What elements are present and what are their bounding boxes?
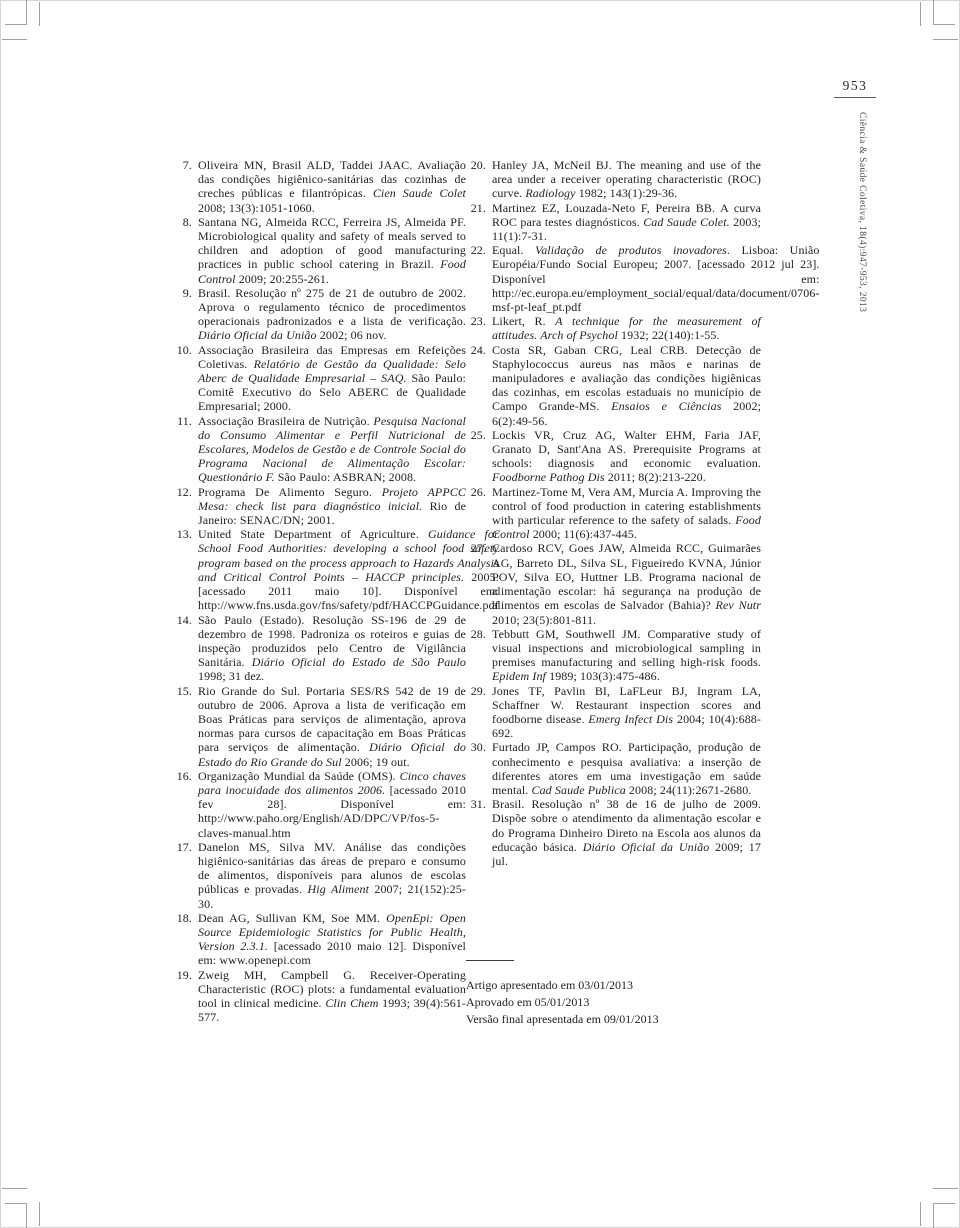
page-number-rule	[834, 97, 876, 98]
crop-mark	[920, 1202, 921, 1226]
reference-italic-segment: Foodborne Pathog Dis	[492, 470, 605, 484]
reference-item: 23.Likert, R. A technique for the measur…	[465, 314, 761, 342]
reference-plain-segment: 1932; 22(140):1-55.	[618, 328, 720, 342]
reference-item: 28.Tebbutt GM, Southwell JM. Comparative…	[465, 627, 761, 684]
reference-plain-segment: Likert, R.	[492, 314, 555, 328]
reference-plain-segment: 1998; 31 dez.	[198, 669, 264, 683]
reference-number: 21.	[465, 201, 492, 244]
reference-number: 10.	[171, 343, 198, 414]
reference-number: 19.	[171, 968, 198, 1025]
reference-text: Zweig MH, Campbell G. Receiver-Operating…	[198, 968, 466, 1025]
reference-item: 9.Brasil. Resolução nº 275 de 21 de outu…	[171, 286, 466, 343]
reference-number: 30.	[465, 740, 492, 797]
crop-mark	[933, 0, 934, 24]
reference-text: Lockis VR, Cruz AG, Walter EHM, Faria JA…	[492, 428, 761, 485]
reference-number: 20.	[465, 158, 492, 201]
reference-item: 7.Oliveira MN, Brasil ALD, Taddei JAAC. …	[171, 158, 466, 215]
reference-text: Martinez-Tome M, Vera AM, Murcia A. Impr…	[492, 485, 761, 542]
reference-item: 11.Associação Brasileira de Nutrição. Pe…	[171, 414, 466, 485]
reference-plain-segment: 2006; 19 out.	[342, 755, 410, 769]
crop-mark	[933, 24, 955, 25]
reference-text: Santana NG, Almeida RCC, Ferreira JS, Al…	[198, 215, 466, 286]
reference-italic-segment: Ensaios e Ciências	[611, 399, 721, 413]
crop-mark	[26, 0, 27, 24]
reference-plain-segment: United State Department of Agriculture.	[198, 527, 428, 541]
reference-number: 11.	[171, 414, 198, 485]
reference-plain-segment: Martinez-Tome M, Vera AM, Murcia A. Impr…	[492, 485, 761, 527]
reference-plain-segment: Associação Brasileira de Nutrição.	[198, 414, 373, 428]
crop-mark	[2, 39, 27, 40]
reference-item: 14.São Paulo (Estado). Resolução SS-196 …	[171, 613, 466, 684]
reference-item: 31.Brasil. Resolução nº 38 de 16 de julh…	[465, 797, 761, 868]
reference-plain-segment: Organização Mundial da Saúde (OMS).	[198, 769, 400, 783]
reference-number: 7.	[171, 158, 198, 215]
reference-number: 13.	[171, 527, 198, 612]
reference-item: 24.Costa SR, Gaban CRG, Leal CRB. Detecç…	[465, 343, 761, 428]
reference-text: Cardoso RCV, Goes JAW, Almeida RCC, Guim…	[492, 541, 761, 626]
crop-mark	[933, 1204, 934, 1228]
reference-text: Dean AG, Sullivan KM, Soe MM. OpenEpi: O…	[198, 911, 466, 968]
reference-item: 16.Organização Mundial da Saúde (OMS). C…	[171, 769, 466, 840]
reference-number: 31.	[465, 797, 492, 868]
reference-number: 12.	[171, 485, 198, 528]
reference-text: Programa De Alimento Seguro. Projeto APP…	[198, 485, 466, 528]
article-dates-footer: Artigo apresentado em 03/01/2013 Aprovad…	[466, 960, 766, 1028]
crop-mark	[933, 1203, 955, 1204]
reference-item: 18.Dean AG, Sullivan KM, Soe MM. OpenEpi…	[171, 911, 466, 968]
reference-italic-segment: Cad Saude Colet.	[643, 215, 730, 229]
reference-text: Oliveira MN, Brasil ALD, Taddei JAAC. Av…	[198, 158, 466, 215]
reference-plain-segment: Equal.	[492, 243, 535, 257]
reference-plain-segment: 2008; 13(3):1051-1060.	[198, 201, 315, 215]
footer-line-final-version: Versão final apresentada em 09/01/2013	[466, 1011, 766, 1028]
reference-text: Associação Brasileira das Empresas em Re…	[198, 343, 466, 414]
reference-plain-segment: 2009; 20:255-261.	[236, 272, 329, 286]
reference-item: 25.Lockis VR, Cruz AG, Walter EHM, Faria…	[465, 428, 761, 485]
reference-italic-segment: Cien Saude Colet	[373, 186, 466, 200]
reference-number: 14.	[171, 613, 198, 684]
reference-text: Furtado JP, Campos RO. Participação, pro…	[492, 740, 761, 797]
reference-item: 27.Cardoso RCV, Goes JAW, Almeida RCC, G…	[465, 541, 761, 626]
crop-mark	[933, 39, 958, 40]
crop-mark	[5, 1203, 27, 1204]
journal-sidebar-text: Ciência & Saúde Coletiva, 18(4):947-953,…	[857, 112, 867, 732]
footer-divider	[466, 960, 514, 961]
reference-item: 8.Santana NG, Almeida RCC, Ferreira JS, …	[171, 215, 466, 286]
reference-plain-segment: 1989; 103(3):475-486.	[546, 669, 660, 683]
reference-number: 24.	[465, 343, 492, 428]
reference-italic-segment: Diário Oficial do Estado de São Paulo	[252, 655, 466, 669]
reference-item: 30.Furtado JP, Campos RO. Participação, …	[465, 740, 761, 797]
crop-mark	[2, 1188, 27, 1189]
reference-item: 29.Jones TF, Pavlin BI, LaFLeur BJ, Ingr…	[465, 684, 761, 741]
reference-plain-segment: 2002; 06 nov.	[317, 328, 387, 342]
reference-number: 9.	[171, 286, 198, 343]
reference-italic-segment: Clin Chem	[325, 996, 378, 1010]
reference-italic-segment: Cad Saude Publica	[531, 783, 625, 797]
reference-text: Brasil. Resolução nº 38 de 16 de julho d…	[492, 797, 761, 868]
reference-item: 26.Martinez-Tome M, Vera AM, Murcia A. I…	[465, 485, 761, 542]
reference-text: Costa SR, Gaban CRG, Leal CRB. Detecção …	[492, 343, 761, 428]
reference-italic-segment: Diário Oficial da União	[583, 840, 710, 854]
reference-item: 10.Associação Brasileira das Empresas em…	[171, 343, 466, 414]
reference-number: 29.	[465, 684, 492, 741]
reference-italic-segment: Epidem Inf	[492, 669, 546, 683]
references-column-right: 20.Hanley JA, McNeil BJ. The meaning and…	[465, 158, 761, 868]
reference-text: Danelon MS, Silva MV. Análise das condiç…	[198, 840, 466, 911]
reference-text: Brasil. Resolução nº 275 de 21 de outubr…	[198, 286, 466, 343]
reference-plain-segment: Santana NG, Almeida RCC, Ferreira JS, Al…	[198, 215, 466, 272]
reference-item: 15.Rio Grande do Sul. Portaria SES/RS 54…	[171, 684, 466, 769]
reference-text: São Paulo (Estado). Resolução SS-196 de …	[198, 613, 466, 684]
reference-plain-segment: 2011; 8(2):213-220.	[605, 470, 706, 484]
reference-number: 8.	[171, 215, 198, 286]
reference-plain-segment: 2008; 24(11):2671-2680.	[626, 783, 752, 797]
reference-plain-segment: Lockis VR, Cruz AG, Walter EHM, Faria JA…	[492, 428, 761, 470]
footer-line-approved: Aprovado em 05/01/2013	[466, 994, 766, 1011]
reference-text: United State Department of Agriculture. …	[198, 527, 499, 612]
reference-number: 28.	[465, 627, 492, 684]
reference-item: 17.Danelon MS, Silva MV. Análise das con…	[171, 840, 466, 911]
crop-mark	[933, 1188, 958, 1189]
page-number: 953	[833, 78, 877, 94]
reference-italic-segment: Emerg Infect Dis	[588, 712, 673, 726]
reference-italic-segment: Diário Oficial da União	[198, 328, 317, 342]
reference-plain-segment: Dean AG, Sullivan KM, Soe MM.	[198, 911, 386, 925]
reference-plain-segment: Brasil. Resolução nº 275 de 21 de outubr…	[198, 286, 466, 328]
reference-number: 26.	[465, 485, 492, 542]
reference-italic-segment: Radiology	[525, 186, 575, 200]
reference-number: 25.	[465, 428, 492, 485]
reference-text: Tebbutt GM, Southwell JM. Comparative st…	[492, 627, 761, 684]
reference-number: 27.	[465, 541, 492, 626]
reference-italic-segment: Validação de produtos inovadores	[535, 243, 727, 257]
reference-italic-segment: Hig Aliment	[308, 882, 369, 896]
reference-text: Hanley JA, McNeil BJ. The meaning and us…	[492, 158, 761, 201]
reference-text: Likert, R. A technique for the measureme…	[492, 314, 761, 342]
reference-number: 16.	[171, 769, 198, 840]
crop-mark	[39, 2, 40, 26]
reference-number: 18.	[171, 911, 198, 968]
reference-number: 17.	[171, 840, 198, 911]
reference-item: 21.Martinez EZ, Louzada-Neto F, Pereira …	[465, 201, 761, 244]
reference-number: 15.	[171, 684, 198, 769]
reference-plain-segment: 2000; 11(6):437-445.	[530, 527, 637, 541]
crop-mark	[26, 1204, 27, 1228]
crop-mark	[920, 2, 921, 26]
reference-plain-segment: 2010; 23(5):801-811.	[492, 613, 596, 627]
reference-number: 23.	[465, 314, 492, 342]
reference-plain-segment: Tebbutt GM, Southwell JM. Comparative st…	[492, 627, 761, 669]
reference-text: Associação Brasileira de Nutrição. Pesqu…	[198, 414, 466, 485]
crop-mark	[5, 24, 27, 25]
reference-text: Jones TF, Pavlin BI, LaFLeur BJ, Ingram …	[492, 684, 761, 741]
reference-item: 13.United State Department of Agricultur…	[171, 527, 466, 612]
reference-item: 12.Programa De Alimento Seguro. Projeto …	[171, 485, 466, 528]
crop-mark	[39, 1202, 40, 1226]
reference-text: Rio Grande do Sul. Portaria SES/RS 542 d…	[198, 684, 466, 769]
references-column-left: 7.Oliveira MN, Brasil ALD, Taddei JAAC. …	[171, 158, 466, 1024]
reference-plain-segment: Programa De Alimento Seguro.	[198, 485, 382, 499]
reference-item: 20.Hanley JA, McNeil BJ. The meaning and…	[465, 158, 761, 201]
reference-italic-segment: Rev Nutr	[716, 598, 761, 612]
reference-text: Martinez EZ, Louzada-Neto F, Pereira BB.…	[492, 201, 761, 244]
journal-page: { "page": { "number": "953", "sidebar": …	[0, 0, 960, 1228]
reference-plain-segment: São Paulo: ASBRAN; 2008.	[275, 470, 417, 484]
footer-line-submitted: Artigo apresentado em 03/01/2013	[466, 977, 766, 994]
reference-text: Equal. Validação de produtos inovadores.…	[492, 243, 820, 314]
reference-item: 19.Zweig MH, Campbell G. Receiver-Operat…	[171, 968, 466, 1025]
reference-number: 22.	[465, 243, 492, 314]
reference-text: Organização Mundial da Saúde (OMS). Cinc…	[198, 769, 466, 840]
reference-plain-segment: 1982; 143(1):29-36.	[576, 186, 678, 200]
reference-item: 22.Equal. Validação de produtos inovador…	[465, 243, 761, 314]
